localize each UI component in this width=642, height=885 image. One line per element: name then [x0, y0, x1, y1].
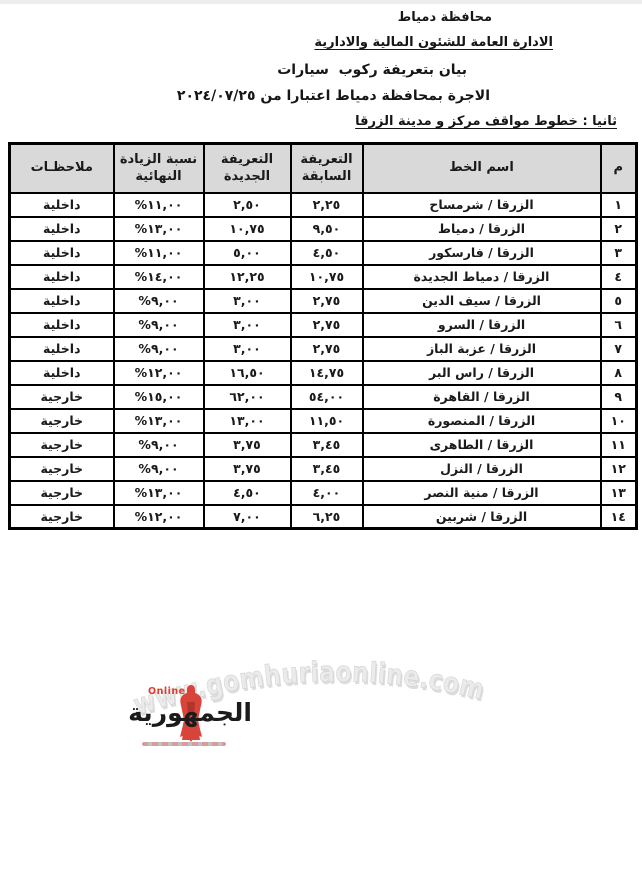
table-row: ٢الزرقا / دمياط٩,٥٠١٠,٧٥%١٣,٠٠داخلية: [10, 217, 637, 241]
new-fare-cell: ٣,٧٥: [204, 433, 291, 457]
increase-percent-cell: %١٣,٠٠: [114, 481, 204, 505]
notes-cell: خارجية: [10, 409, 114, 433]
new-fare-cell: ٣,٠٠: [204, 289, 291, 313]
new-fare-cell: ١٠,٧٥: [204, 217, 291, 241]
row-number-cell: ٩: [601, 385, 637, 409]
previous-fare-cell: ٣,٤٥: [291, 457, 363, 481]
new-fare-cell: ٥,٠٠: [204, 241, 291, 265]
increase-percent-cell: %١٣,٠٠: [114, 217, 204, 241]
row-number-cell: ١٠: [601, 409, 637, 433]
row-number-cell: ٥: [601, 289, 637, 313]
col-header-notes: ملاحظـات: [10, 144, 114, 193]
line-name-cell: الزرقا / المنصورة: [363, 409, 601, 433]
notes-cell: داخلية: [10, 361, 114, 385]
notes-cell: داخلية: [10, 289, 114, 313]
notes-cell: داخلية: [10, 337, 114, 361]
increase-percent-cell: %٩,٠٠: [114, 289, 204, 313]
row-number-cell: ٢: [601, 217, 637, 241]
increase-percent-cell: %١٢,٠٠: [114, 505, 204, 529]
previous-fare-cell: ٤,٥٠: [291, 241, 363, 265]
scan-edge-artifact: [0, 0, 642, 4]
col-header-increase-pct: نسبة الزيادة النهائية: [114, 144, 204, 193]
previous-fare-cell: ٢,٧٥: [291, 313, 363, 337]
increase-percent-cell: %٩,٠٠: [114, 337, 204, 361]
previous-fare-cell: ٩,٥٠: [291, 217, 363, 241]
new-fare-cell: ١٢,٢٥: [204, 265, 291, 289]
previous-fare-cell: ١١,٥٠: [291, 409, 363, 433]
increase-percent-cell: %١٢,٠٠: [114, 361, 204, 385]
new-fare-cell: ١٦,٥٠: [204, 361, 291, 385]
table-row: ٤الزرقا / دمياط الجديدة١٠,٧٥١٢,٢٥%١٤,٠٠د…: [10, 265, 637, 289]
col-header-previous-fare: التعريفة السابقة: [291, 144, 363, 193]
table-header-row: م اسم الخط التعريفة السابقة التعريفة الج…: [10, 144, 637, 193]
previous-fare-cell: ٢,٢٥: [291, 193, 363, 217]
scanned-document-page: محافظة دمياط الادارة العامة للشئون المال…: [0, 0, 642, 885]
notes-cell: خارجية: [10, 481, 114, 505]
new-fare-cell: ٣,٧٥: [204, 457, 291, 481]
line-name-cell: الزرقا / راس البر: [363, 361, 601, 385]
table-row: ٣الزرقا / فارسكور٤,٥٠٥,٠٠%١١,٠٠داخلية: [10, 241, 637, 265]
line-name-cell: الزرقا / شرمساح: [363, 193, 601, 217]
line-name-cell: الزرقا / القاهرة: [363, 385, 601, 409]
row-number-cell: ١١: [601, 433, 637, 457]
table-row: ١الزرقا / شرمساح٢,٢٥٢,٥٠%١١,٠٠داخلية: [10, 193, 637, 217]
table-row: ٨الزرقا / راس البر١٤,٧٥١٦,٥٠%١٢,٠٠داخلية: [10, 361, 637, 385]
table-row: ٦الزرقا / السرو٢,٧٥٣,٠٠%٩,٠٠داخلية: [10, 313, 637, 337]
administration-title: الادارة العامة للشئون المالية والادارية: [314, 35, 553, 50]
previous-fare-cell: ٢,٧٥: [291, 337, 363, 361]
notes-cell: داخلية: [10, 193, 114, 217]
table-row: ٩الزرقا / القاهرة٥٤,٠٠٦٢,٠٠%١٥,٠٠خارجية: [10, 385, 637, 409]
previous-fare-cell: ٥٤,٠٠: [291, 385, 363, 409]
new-fare-cell: ٤,٥٠: [204, 481, 291, 505]
line-name-cell: الزرقا / دمياط: [363, 217, 601, 241]
previous-fare-cell: ٤,٠٠: [291, 481, 363, 505]
fare-table-body: ١الزرقا / شرمساح٢,٢٥٢,٥٠%١١,٠٠داخلية٢الز…: [10, 193, 637, 529]
row-number-cell: ٤: [601, 265, 637, 289]
notes-cell: خارجية: [10, 505, 114, 529]
increase-percent-cell: %٩,٠٠: [114, 313, 204, 337]
row-number-cell: ٦: [601, 313, 637, 337]
row-number-cell: ٣: [601, 241, 637, 265]
row-number-cell: ٧: [601, 337, 637, 361]
row-number-cell: ٨: [601, 361, 637, 385]
increase-percent-cell: %١٥,٠٠: [114, 385, 204, 409]
new-fare-cell: ٢,٥٠: [204, 193, 291, 217]
previous-fare-cell: ٢,٧٥: [291, 289, 363, 313]
table-row: ١١الزرقا / الطاهرى٣,٤٥٣,٧٥%٩,٠٠خارجية: [10, 433, 637, 457]
table-row: ٥الزرقا / سيف الدين٢,٧٥٣,٠٠%٩,٠٠داخلية: [10, 289, 637, 313]
notes-cell: داخلية: [10, 313, 114, 337]
col-header-number: م: [601, 144, 637, 193]
statement-title: بيان بتعريفة ركوب سيارات: [277, 62, 467, 78]
increase-percent-cell: %٩,٠٠: [114, 457, 204, 481]
governorate-title: محافظة دمياط: [398, 10, 492, 25]
effective-date-line: الاجرة بمحافظة دمياط اعتبارا من ٢٠٢٤/٠٧/…: [177, 88, 490, 104]
logo-wordmark: الجمهورية: [132, 698, 252, 727]
col-header-line-name: اسم الخط: [363, 144, 601, 193]
table-row: ١٤الزرقا / شربين٦,٢٥٧,٠٠%١٢,٠٠خارجية: [10, 505, 637, 529]
table-row: ٧الزرقا / عزبة الباز٢,٧٥٣,٠٠%٩,٠٠داخلية: [10, 337, 637, 361]
notes-cell: داخلية: [10, 265, 114, 289]
new-fare-cell: ٣,٠٠: [204, 337, 291, 361]
increase-percent-cell: %٩,٠٠: [114, 433, 204, 457]
line-name-cell: الزرقا / النزل: [363, 457, 601, 481]
row-number-cell: ١٣: [601, 481, 637, 505]
notes-cell: خارجية: [10, 385, 114, 409]
line-name-cell: الزرقا / شربين: [363, 505, 601, 529]
fare-table: م اسم الخط التعريفة السابقة التعريفة الج…: [8, 142, 638, 530]
table-row: ١٣الزرقا / منية النصر٤,٠٠٤,٥٠%١٣,٠٠خارجي…: [10, 481, 637, 505]
increase-percent-cell: %١١,٠٠: [114, 193, 204, 217]
notes-cell: داخلية: [10, 217, 114, 241]
previous-fare-cell: ٦,٢٥: [291, 505, 363, 529]
gomhuria-logo: Online الجمهورية: [132, 684, 252, 750]
section-title: ثانيا : خطوط مواقف مركز و مدينة الزرقا: [355, 114, 617, 129]
previous-fare-cell: ٣,٤٥: [291, 433, 363, 457]
previous-fare-cell: ١٠,٧٥: [291, 265, 363, 289]
line-name-cell: الزرقا / فارسكور: [363, 241, 601, 265]
new-fare-cell: ٦٢,٠٠: [204, 385, 291, 409]
increase-percent-cell: %١٤,٠٠: [114, 265, 204, 289]
line-name-cell: الزرقا / الطاهرى: [363, 433, 601, 457]
row-number-cell: ١: [601, 193, 637, 217]
notes-cell: خارجية: [10, 433, 114, 457]
increase-percent-cell: %١٣,٠٠: [114, 409, 204, 433]
logo-tagline-strip: [142, 742, 226, 746]
col-header-new-fare: التعريفة الجديدة: [204, 144, 291, 193]
new-fare-cell: ٧,٠٠: [204, 505, 291, 529]
notes-cell: خارجية: [10, 457, 114, 481]
line-name-cell: الزرقا / دمياط الجديدة: [363, 265, 601, 289]
new-fare-cell: ٣,٠٠: [204, 313, 291, 337]
row-number-cell: ١٢: [601, 457, 637, 481]
logo-online-label: Online: [148, 686, 186, 697]
increase-percent-cell: %١١,٠٠: [114, 241, 204, 265]
new-fare-cell: ١٣,٠٠: [204, 409, 291, 433]
table-row: ١٢الزرقا / النزل٣,٤٥٣,٧٥%٩,٠٠خارجية: [10, 457, 637, 481]
line-name-cell: الزرقا / عزبة الباز: [363, 337, 601, 361]
line-name-cell: الزرقا / سيف الدين: [363, 289, 601, 313]
table-row: ١٠الزرقا / المنصورة١١,٥٠١٣,٠٠%١٣,٠٠خارجي…: [10, 409, 637, 433]
previous-fare-cell: ١٤,٧٥: [291, 361, 363, 385]
line-name-cell: الزرقا / السرو: [363, 313, 601, 337]
line-name-cell: الزرقا / منية النصر: [363, 481, 601, 505]
row-number-cell: ١٤: [601, 505, 637, 529]
notes-cell: داخلية: [10, 241, 114, 265]
